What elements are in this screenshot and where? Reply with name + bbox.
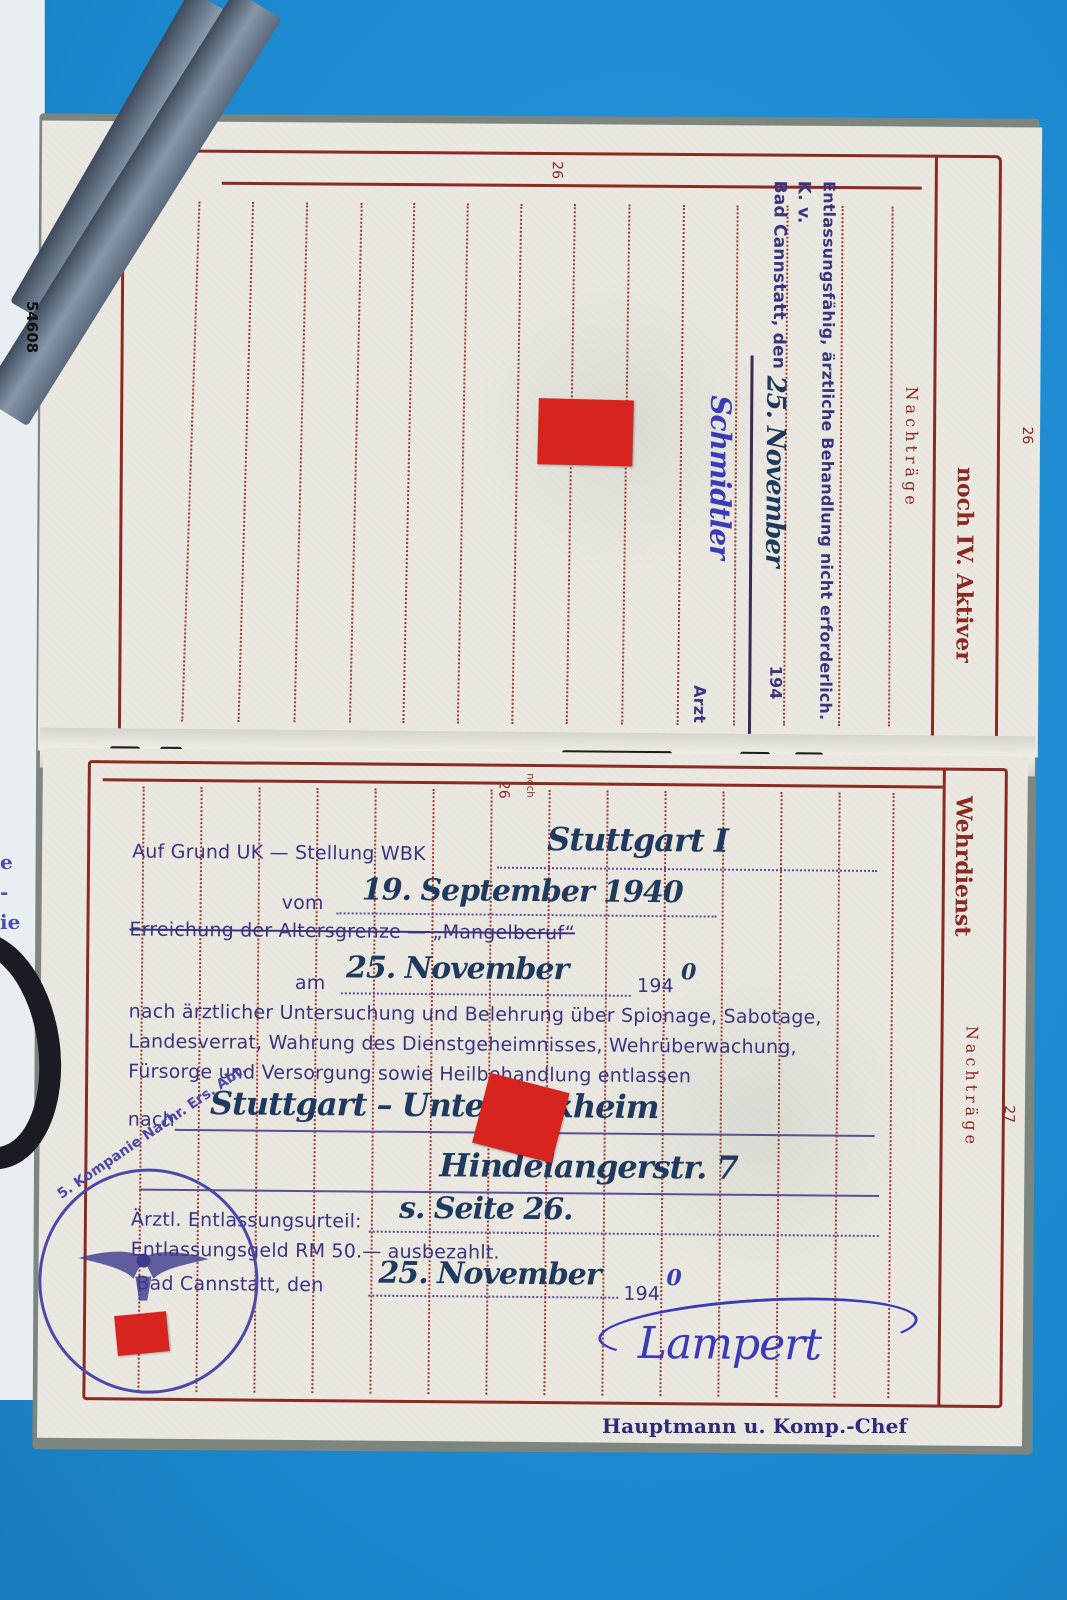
stamp-fragment: e (0, 850, 13, 874)
uk-value: Stuttgart I (547, 820, 728, 860)
sub-header: Nachträge (962, 1026, 982, 1148)
page-number: 26 (1019, 426, 1035, 444)
kv-code: K. v. (794, 181, 814, 224)
sub-header: Nachträge (902, 387, 922, 509)
eagle-emblem-icon (73, 1238, 214, 1309)
struck-line: Erreichung der Altersgrenze — „Mangelber… (129, 918, 575, 944)
am-value: 25. November (346, 950, 569, 987)
place-year-prefix: 194 (623, 1283, 660, 1305)
am-year-suffix: 0 (681, 959, 696, 985)
place-date-value: 25. November (378, 1256, 601, 1293)
red-censor-sticker (537, 398, 634, 466)
handwritten-date: 25. November (759, 376, 790, 567)
place-year-suffix: 0 (666, 1265, 681, 1291)
urteil-value: s. Seite 26. (399, 1191, 573, 1228)
signer-title: Hauptmann u. Komp.-Chef (602, 1414, 907, 1438)
am-year-prefix: 194 (637, 975, 674, 997)
year-prefix: 194 (766, 666, 785, 700)
doctor-signature: Schmidtler (703, 395, 737, 559)
nach-value: Stuttgart – Untertürkheim (210, 1084, 659, 1126)
wehrpass-booklet: 26 26 noch IV. Aktiver Nachträge Entlass… (40, 112, 1040, 1452)
vom-value: 19. September 1940 (362, 873, 683, 911)
page-number-inner: 26 (549, 161, 565, 179)
fitness-statement: Entlassungsfähig, ärztliche Behandlung n… (816, 181, 839, 720)
page-number-inner: 26 (496, 781, 512, 799)
page-26: 26 26 noch IV. Aktiver Nachträge Entlass… (38, 121, 1042, 758)
page-27: 26 noch 27 Wehrdienst Nachträge Auf Grun… (37, 748, 1028, 1447)
scissors-marking: 54608 (23, 301, 41, 353)
page-number-inner-suffix: noch (524, 773, 535, 797)
am-label: am (295, 972, 326, 994)
section-header: Wehrdienst (949, 796, 976, 937)
vom-label: vom (282, 892, 324, 914)
red-censor-sticker (114, 1311, 170, 1356)
stamp-fragment: - (0, 880, 8, 904)
page-number: 27 (1001, 1105, 1017, 1123)
place-date-label: Bad Cannstatt, den (768, 181, 789, 370)
section-header: noch IV. Aktiver (950, 467, 977, 663)
stamp-fragment: ie (0, 910, 20, 934)
address-value: Hindelangerstr. 7 (439, 1146, 738, 1187)
doctor-role: Arzt (690, 685, 709, 723)
uk-label: Auf Grund UK — Stellung WBK (132, 840, 426, 865)
